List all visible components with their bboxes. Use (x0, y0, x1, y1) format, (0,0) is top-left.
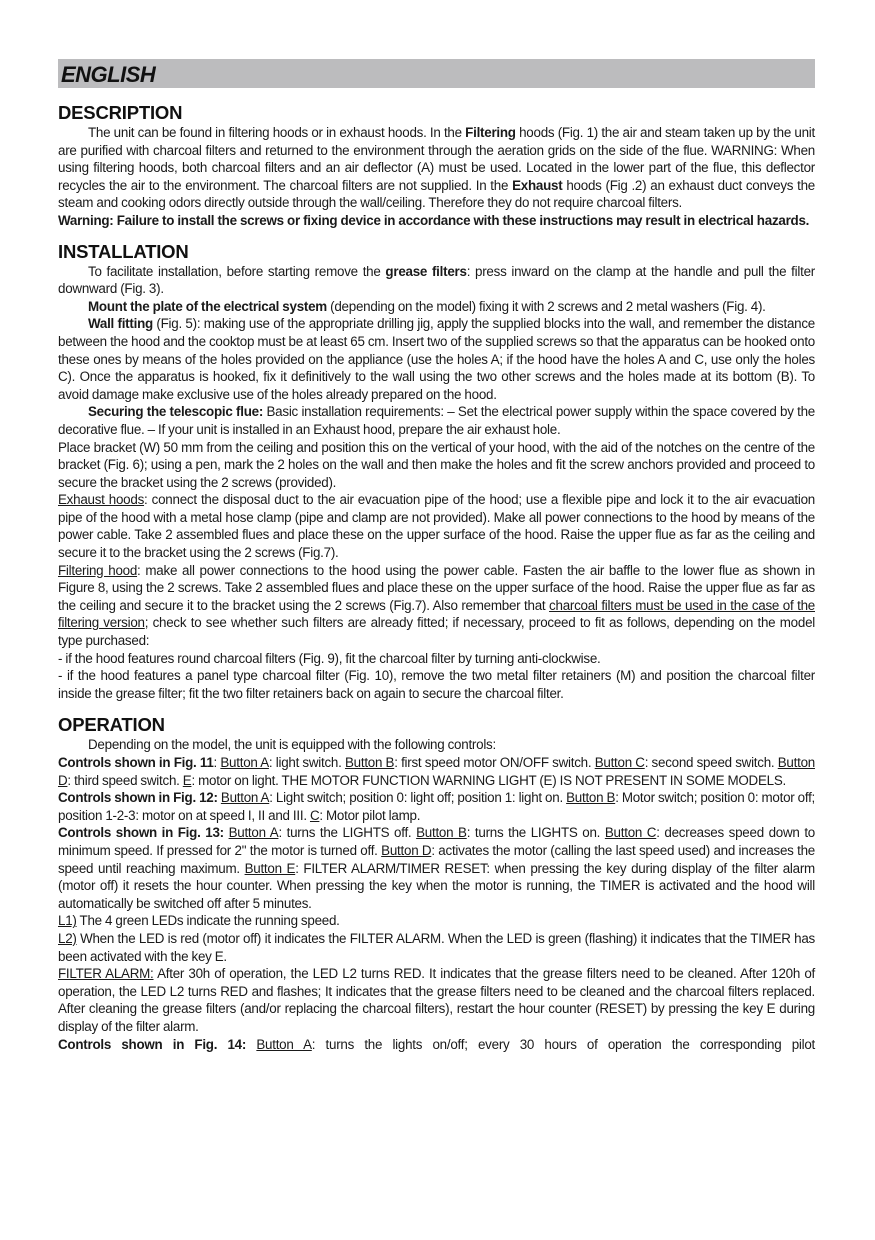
button-b-label: Button B (345, 755, 394, 770)
description-paragraph: The unit can be found in filtering hoods… (58, 124, 815, 212)
manual-page: ENGLISH DESCRIPTION The unit can be foun… (58, 59, 815, 1053)
wall-fitting-paragraph: Wall fitting (Fig. 5): making use of the… (58, 315, 815, 403)
controls-label: Controls shown in Fig. 14: (58, 1037, 246, 1052)
button-c-label: Button C (605, 825, 656, 840)
controls-fig11: Controls shown in Fig. 11: Button A: lig… (58, 754, 815, 789)
electrical-plate-paragraph: Mount the plate of the electrical system… (58, 298, 815, 316)
led-l1-note: L1) The 4 green LEDs indicate the runnin… (58, 912, 815, 930)
text-run: : turns the lights on/off; every 30 hour… (312, 1037, 815, 1052)
bracket-paragraph: Place bracket (W) 50 mm from the ceiling… (58, 439, 815, 492)
filter-alarm-note: FILTER ALARM: After 30h of operation, th… (58, 965, 815, 1035)
operation-section: OPERATION Depending on the model, the un… (58, 714, 815, 1053)
filter-alarm-label: FILTER ALARM: (58, 966, 154, 981)
led-l1-label: L1) (58, 913, 77, 928)
round-filter-item: - if the hood features round charcoal fi… (58, 650, 815, 668)
text-run: : turns the LIGHTS off. (278, 825, 416, 840)
controls-label: Controls shown in Fig. 13: (58, 825, 224, 840)
filtering-hood-paragraph: Filtering hood: make all power connectio… (58, 562, 815, 650)
text-run: The unit can be found in filtering hoods… (88, 125, 465, 140)
button-e-label: Button E (245, 861, 296, 876)
underlined-term-exhaust-hoods: Exhaust hoods (58, 492, 144, 507)
description-heading: DESCRIPTION (58, 102, 815, 124)
bold-term-grease-filters: grease filters (385, 264, 466, 279)
controls-label: Controls shown in Fig. 11 (58, 755, 214, 770)
panel-filter-item: - if the hood features a panel type char… (58, 667, 815, 702)
text-run: : connect the disposal duct to the air e… (58, 492, 815, 560)
text-run: : light switch. (269, 755, 345, 770)
language-band: ENGLISH (58, 59, 815, 88)
controls-fig12: Controls shown in Fig. 12: Button A: Lig… (58, 789, 815, 824)
text-run: : second speed switch. (645, 755, 778, 770)
controls-fig14: Controls shown in Fig. 14: Button A: tur… (58, 1036, 815, 1054)
text-run: : Motor pilot lamp. (319, 808, 420, 823)
text-run: : Light switch; position 0: light off; p… (269, 790, 566, 805)
bold-term-exhaust: Exhaust (512, 178, 562, 193)
operation-intro: Depending on the model, the unit is equi… (58, 736, 815, 754)
text-run: After 30h of operation, the LED L2 turns… (58, 966, 815, 1034)
text-run (246, 1037, 256, 1052)
controls-label: Controls shown in Fig. 12: (58, 790, 218, 805)
button-c-label: Button C (595, 755, 645, 770)
electrical-warning: Warning: Failure to install the screws o… (58, 212, 815, 230)
button-a-label: Button A (256, 1037, 311, 1052)
exhaust-hoods-paragraph: Exhaust hoods: connect the disposal duct… (58, 491, 815, 561)
installation-heading: INSTALLATION (58, 241, 815, 263)
text-run: To facilitate installation, before start… (88, 264, 385, 279)
button-a-label: Button A (220, 755, 269, 770)
text-run: The 4 green LEDs indicate the running sp… (77, 913, 340, 928)
text-run: : motor on light. THE MOTOR FUNCTION WAR… (191, 773, 786, 788)
underlined-term-filtering-hood: Filtering hood (58, 563, 137, 578)
text-run: : first speed motor ON/OFF switch. (394, 755, 594, 770)
bold-term-filtering: Filtering (465, 125, 516, 140)
text-run: When the LED is red (motor off) it indic… (58, 931, 815, 964)
bold-term-wall-fitting: Wall fitting (88, 316, 153, 331)
operation-heading: OPERATION (58, 714, 815, 736)
button-d-label: Button D (381, 843, 431, 858)
text-run: (Fig. 5): making use of the appropriate … (58, 316, 815, 401)
button-a-label: Button A (221, 790, 269, 805)
text-run: : third speed switch. (67, 773, 182, 788)
bold-term-telescopic-flue: Securing the telescopic flue: (88, 404, 263, 419)
controls-fig13: Controls shown in Fig. 13: Button A: tur… (58, 824, 815, 912)
text-run: ; check to see whether such filters are … (58, 615, 815, 648)
led-l2-note: L2) When the LED is red (motor off) it i… (58, 930, 815, 965)
installation-section: INSTALLATION To facilitate installation,… (58, 241, 815, 703)
bold-term-mount-plate: Mount the plate of the electrical system (88, 299, 327, 314)
telescopic-flue-paragraph: Securing the telescopic flue: Basic inst… (58, 403, 815, 438)
warning-text: Warning: Failure to install the screws o… (58, 213, 809, 228)
text-run: (depending on the model) fixing it with … (327, 299, 766, 314)
text-run: : turns the LIGHTS on. (467, 825, 605, 840)
lamp-c-label: C (310, 808, 319, 823)
description-section: DESCRIPTION The unit can be found in fil… (58, 102, 815, 230)
button-b-label: Button B (566, 790, 615, 805)
grease-filters-paragraph: To facilitate installation, before start… (58, 263, 815, 298)
button-b-label: Button B (416, 825, 467, 840)
led-l2-label: L2) (58, 931, 77, 946)
button-a-label: Button A (229, 825, 279, 840)
